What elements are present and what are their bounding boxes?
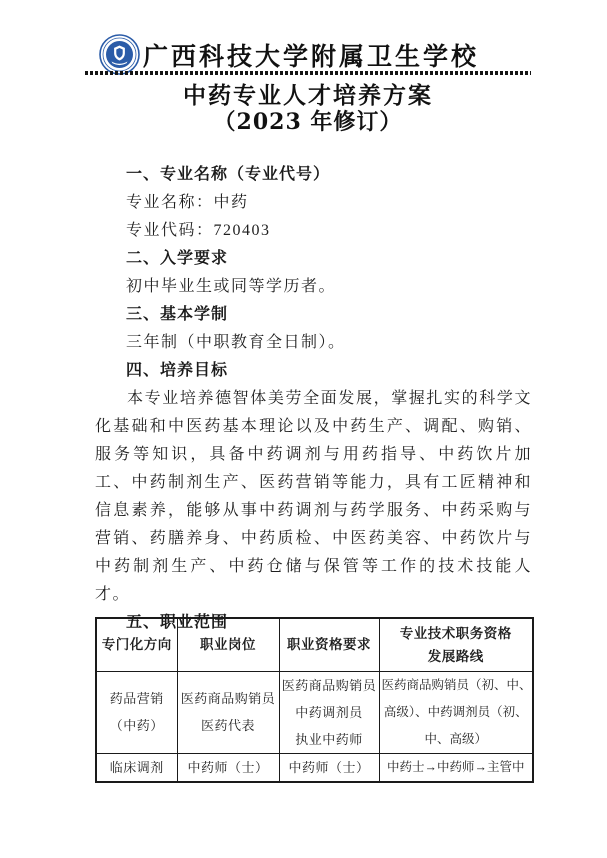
cell-specialization: 药品营销 （中药） [96, 671, 177, 753]
cell-occupation-post: 医药商品购销员 医药代表 [177, 671, 279, 753]
schooling-length-line: 三年制（中职教育全日制）。 [95, 329, 532, 357]
table-header-row: 专门化方向 职业岗位 职业资格要求 专业技术职务资格 发展路线 [96, 618, 533, 671]
cell-career-path: 医药商品购销员（初、中、 高级）、中药调剂员（初、 中、高级） [379, 671, 533, 753]
major-name-line: 专业名称：中药 [95, 189, 532, 217]
section-heading-2: 二、入学要求 [95, 245, 532, 273]
cell-career-path: 中药士→中药师→主管中 [379, 753, 533, 782]
school-name: 广西科技大学附属卫生学校 [143, 37, 479, 73]
section-heading-3: 三、基本学制 [95, 301, 532, 329]
header-occupation-post: 职业岗位 [177, 618, 279, 671]
document-title: 中药专业人才培养方案 [85, 83, 531, 109]
table-row-drug-marketing: 药品营销 （中药） 医药商品购销员 医药代表 医药商品购销员 中药调剂员 执业中… [96, 671, 533, 753]
training-objective-paragraph: 本专业培养德智体美劳全面发展，掌握扎实的科学文化基础和中医药基本理论以及中药生产… [95, 385, 532, 609]
header-career-path: 专业技术职务资格 发展路线 [379, 618, 533, 671]
section-heading-4: 四、培养目标 [95, 357, 532, 385]
occupation-scope-table: 专门化方向 职业岗位 职业资格要求 专业技术职务资格 发展路线 药品营销 （中药… [95, 617, 534, 783]
document-body: 一、专业名称（专业代号） 专业名称：中药 专业代码：720403 二、入学要求 … [95, 161, 532, 637]
school-logo [99, 34, 140, 75]
document-subtitle: （2023 年修订） [85, 109, 531, 135]
cell-specialization: 临床调剂 [96, 753, 177, 782]
admission-requirement-line: 初中毕业生或同等学历者。 [95, 273, 532, 301]
cell-occupation-post: 中药师（士） [177, 753, 279, 782]
cell-qualification-requirement: 医药商品购销员 中药调剂员 执业中药师 [279, 671, 379, 753]
major-code-line: 专业代码：720403 [95, 217, 532, 245]
cell-qualification-requirement: 中药师（士） [279, 753, 379, 782]
document-page: 广西科技大学附属卫生学校 中药专业人才培养方案 （2023 年修订） 一、专业名… [0, 0, 607, 858]
header-qualification-requirement: 职业资格要求 [279, 618, 379, 671]
school-emblem-icon [99, 34, 140, 75]
section-heading-1: 一、专业名称（专业代号） [95, 161, 532, 189]
table-row-clinical-dispensing: 临床调剂 中药师（士） 中药师（士） 中药士→中药师→主管中 [96, 753, 533, 782]
header-specialization: 专门化方向 [96, 618, 177, 671]
dotted-divider [85, 71, 531, 75]
